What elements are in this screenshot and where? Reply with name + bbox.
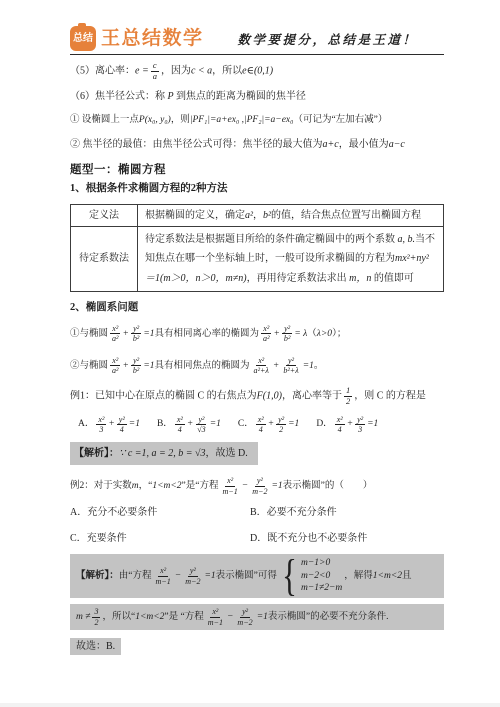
note-focal-radius-extrema: ② 焦半径的最值：由焦半径公式可得：焦半径的最大值为a+c，最小值为a−c — [70, 137, 444, 152]
option-c: C．x²4+y²2=1 — [238, 415, 299, 435]
table-row-definition: 定义法 根据椭圆的定义，确定a²，b²的值，结合焦点位置写出椭圆方程 — [71, 204, 444, 226]
method-name-cell: 定义法 — [71, 204, 138, 226]
case-line: m−1≠2−m — [301, 582, 342, 595]
note-focal-radius-point: ① 设椭圆上一点P(x₀, y₀)，则|PF₁|=a+ex₀ ,|PF₂|=a−… — [70, 113, 444, 127]
methods-table: 定义法 根据椭圆的定义，确定a²，b²的值，结合焦点位置写出椭圆方程 待定系数法… — [70, 204, 444, 293]
logo-badge-icon: 总结 — [70, 26, 96, 51]
method-name-cell: 待定系数法 — [71, 226, 138, 292]
case-line: m−1>0 — [301, 557, 342, 570]
option-a: A．x²3+y²4=1 — [78, 415, 140, 435]
ellipse-family-same-eccentricity: ①与椭圆x²a²+y²b²=1具有相同离心率的椭圆为x²a²+y²b²= λ（λ… — [70, 324, 444, 344]
example2-stem: 例2：对于实数m，“1<m<2”是“方程x²m−1−y²m−2=1表示椭圆”的（… — [70, 476, 444, 496]
solution-left-part: 【解析】：由“方程x²m−1−y²m−2=1表示椭圆”可得 — [76, 566, 277, 586]
method-desc-cell: 根据椭圆的定义，确定a²，b²的值，结合焦点位置写出椭圆方程 — [138, 204, 444, 226]
final-answer-highlight: 故选：B. — [70, 638, 121, 655]
section-subtitle-ellipse-family: 2、椭圆系问题 — [70, 300, 444, 316]
method-desc-cell: 待定系数法是根据题目所给的条件确定椭圆中的两个系数 a, b.当不知焦点在哪一个… — [138, 226, 444, 292]
brand-name: 王总结数学 — [101, 29, 204, 48]
brand-slogan: 数学要提分，总结是王道！ — [238, 31, 418, 51]
example1-solution-highlight: 【解析】：∵ c =1, a = 2, b = √3，故选 D. — [70, 442, 258, 465]
worksheet-page: 总结 王总结数学 数学要提分，总结是王道！ （5）离心率：e =ca，因为c <… — [0, 0, 500, 655]
solution-conclusion: m ≠32，所以“1<m<2”是 “方程x²m−1−y²m−2=1表示椭圆”的必… — [76, 607, 388, 627]
option-d: D．x²4+y²3=1 — [316, 415, 378, 435]
page-bottom-edge — [0, 703, 500, 707]
option-d: D．既不充分也不必要条件 — [250, 531, 444, 546]
case-lines: m−1>0 m−2<0 m−1≠2−m — [301, 557, 342, 595]
cases-brace: { — [282, 557, 297, 594]
brand-logo: 总结 王总结数学 — [70, 26, 204, 51]
case-line: m−2<0 — [301, 570, 342, 583]
note-focal-radius-formula: （6）焦半径公式：称 P 到焦点的距离为椭圆的焦半径 — [70, 89, 444, 104]
section-title-type1: 题型一：椭圆方程 — [70, 162, 444, 179]
option-a: A．充分不必要条件 — [70, 505, 250, 520]
table-row-coefficients: 待定系数法 待定系数法是根据题目所给的条件确定椭圆中的两个系数 a, b.当不知… — [71, 226, 444, 292]
option-b: B．x²4+y²√3=1 — [157, 415, 221, 435]
solution-right-part: ，解得1<m<2且 — [344, 569, 411, 583]
option-b: B．必要不充分条件 — [250, 505, 444, 520]
example2-solution-box1: 【解析】：由“方程x²m−1−y²m−2=1表示椭圆”可得 { m−1>0 m−… — [70, 554, 444, 598]
example2-solution-box2: m ≠32，所以“1<m<2”是 “方程x²m−1−y²m−2=1表示椭圆”的必… — [70, 604, 444, 630]
system-of-conditions: { m−1>0 m−2<0 m−1≠2−m — [279, 557, 342, 595]
example2-options: A．充分不必要条件 B．必要不充分条件 C．充要条件 D．既不充分也不必要条件 — [70, 505, 444, 546]
option-c: C．充要条件 — [70, 531, 250, 546]
example1-stem: 例1：已知中心在原点的椭圆 C 的右焦点为F(1,0)，离心率等于12，则 C … — [70, 386, 444, 407]
note-eccentricity: （5）离心率：e =ca，因为c < a，所以e∈(0,1) — [70, 61, 444, 82]
page-header: 总结 王总结数学 数学要提分，总结是王道！ — [70, 26, 444, 55]
ellipse-family-same-foci: ②与椭圆x²a²+y²b²=1具有相同焦点的椭圆为x²a²+λ+y²b²+λ=1… — [70, 356, 444, 376]
example1-options: A．x²3+y²4=1 B．x²4+y²√3=1 C．x²4+y²2=1 D．x… — [70, 415, 444, 435]
section-subtitle-methods: 1、根据条件求椭圆方程的2种方法 — [70, 181, 444, 197]
